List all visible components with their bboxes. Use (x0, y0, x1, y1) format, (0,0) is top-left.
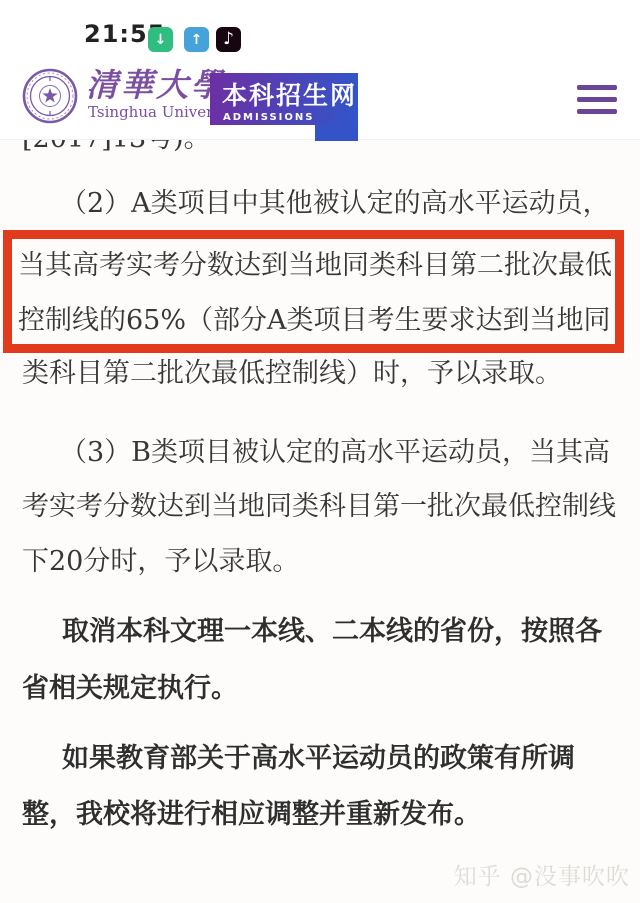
doc-line-bold: 如果教育部关于高水平运动员的政策有所调 (62, 744, 575, 774)
tsinghua-seal-icon[interactable] (22, 68, 78, 128)
doc-line-highlighted: 控制线的65%（部分A类项目考生要求达到当地同 (18, 306, 611, 336)
badge-subtitle: ADMISSIONS (223, 112, 358, 123)
doc-line: （3）B类项目被认定的高水平运动员，当其高 (60, 438, 610, 468)
doc-line-bold: 省相关规定执行。 (22, 674, 238, 704)
doc-line-bold: 取消本科文理一本线、二本线的省份，按照各 (62, 617, 602, 647)
doc-line: （2）A类项目中其他被认定的高水平运动员， (60, 189, 610, 219)
mobile-screenshot: 21:55 ↓ ↑ ♪ 清華大學 Tsinghua University 本科招… (0, 0, 640, 903)
doc-line: 下20分时，予以录取。 (22, 547, 299, 577)
site-header: 清華大學 Tsinghua University 本科招生网 ADMISSION… (0, 56, 640, 140)
doc-line-highlighted: 当其高考实考分数达到当地同类科目第二批次最低 (18, 251, 612, 281)
badge-tab-shape (315, 125, 358, 141)
doc-line: 考实考分数达到当地同类科目第一批次最低控制线 (22, 492, 616, 522)
admissions-site-badge[interactable]: 本科招生网 ADMISSIONS (210, 73, 358, 125)
menu-hamburger-icon[interactable] (577, 85, 617, 121)
upload-icon: ↑ (184, 27, 209, 52)
hamburger-bar (577, 109, 617, 114)
zhihu-watermark: 知乎 @没事吹吹 (454, 858, 630, 891)
hamburger-bar (577, 97, 617, 102)
status-bar: 21:55 ↓ ↑ ♪ (0, 0, 640, 56)
badge-title: 本科招生网 (222, 76, 358, 112)
university-name-cn[interactable]: 清華大學 (86, 60, 226, 106)
hamburger-bar (577, 85, 617, 90)
tiktok-icon: ♪ (216, 27, 241, 52)
doc-line: 类科目第二批次最低控制线）时，予以录取。 (22, 359, 562, 389)
doc-line-bold: 整，我校将进行相应调整并重新发布。 (22, 800, 481, 830)
download-icon: ↓ (148, 27, 173, 52)
